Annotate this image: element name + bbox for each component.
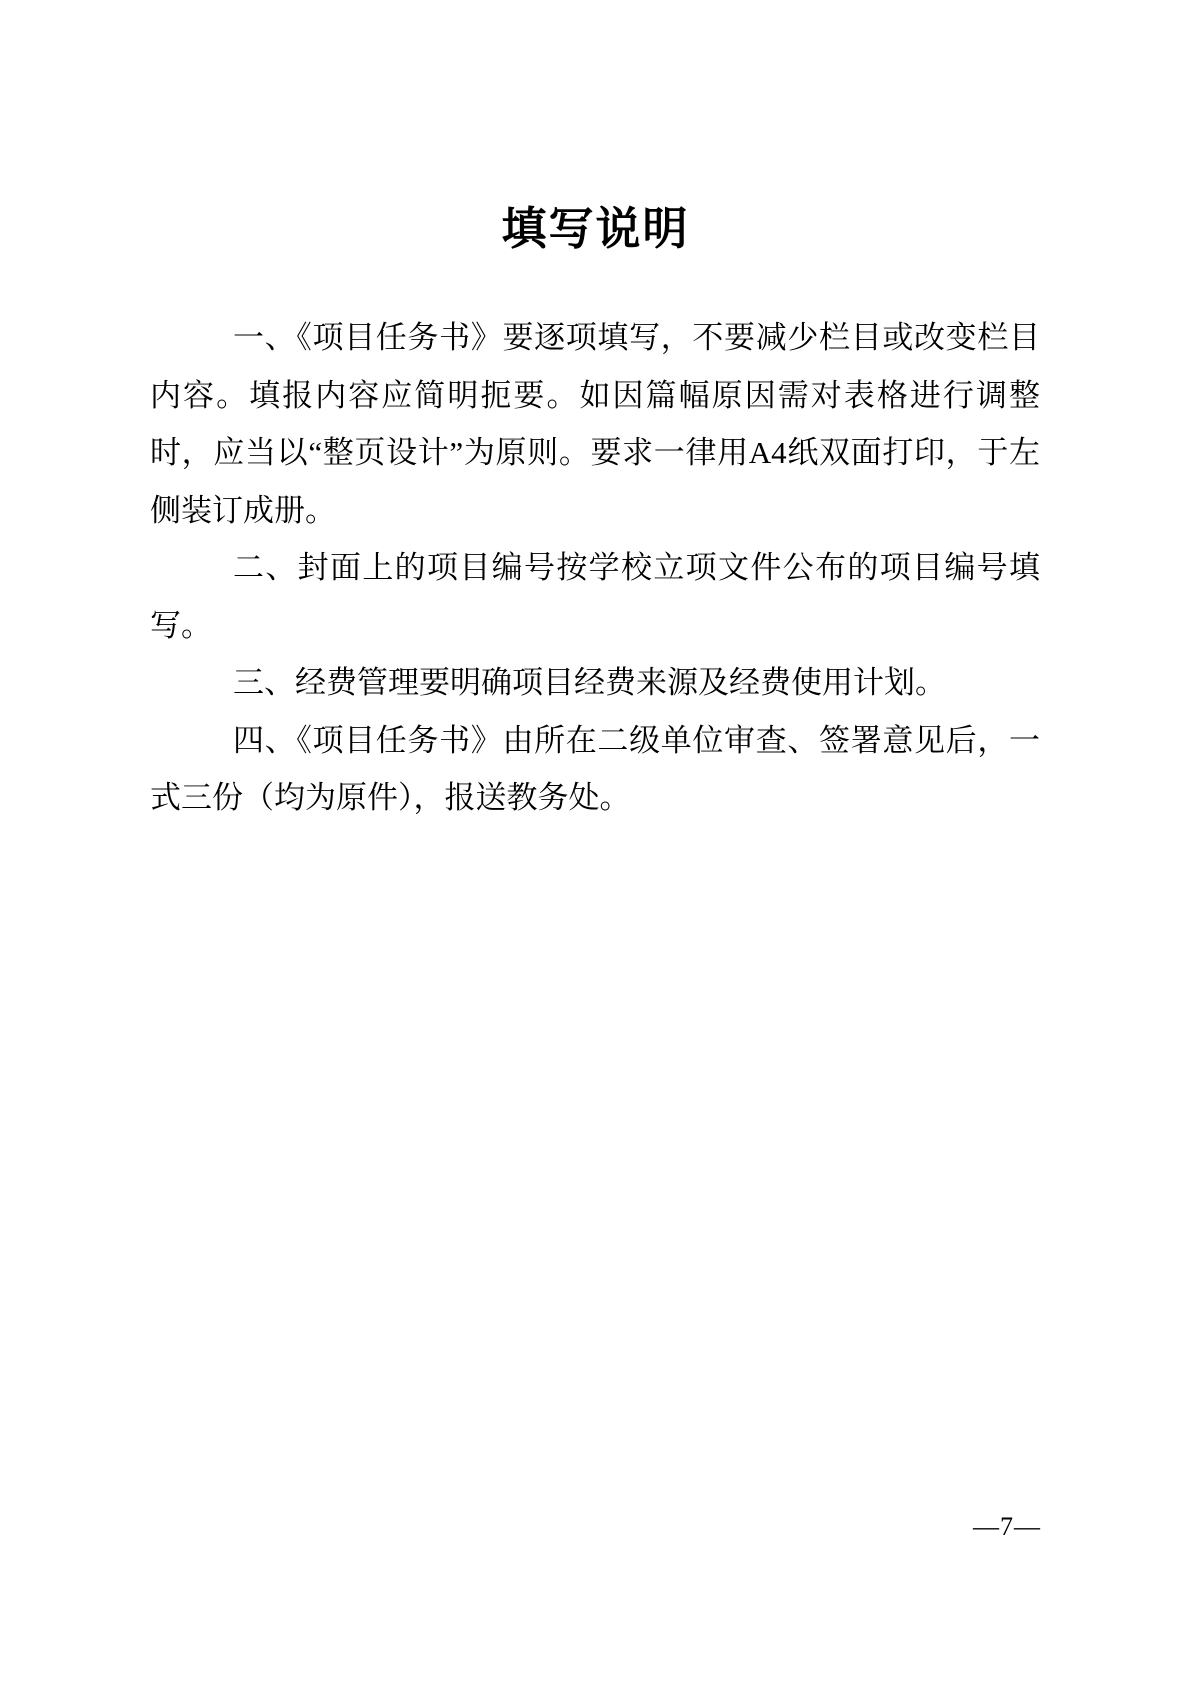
document-page: 填写说明 一、《项目任务书》要逐项填写，不要减少栏目或改变栏目内容。填报内容应简… xyxy=(0,0,1191,1684)
instructions-body: 一、《项目任务书》要逐项填写，不要减少栏目或改变栏目内容。填报内容应简明扼要。如… xyxy=(150,309,1040,827)
instruction-paragraph-4: 四、《项目任务书》由所在二级单位审查、签署意见后，一式三份（均为原件），报送教务… xyxy=(150,712,1040,827)
page-title: 填写说明 xyxy=(0,192,1191,257)
page-number: —7— xyxy=(973,1512,1041,1542)
instruction-paragraph-1: 一、《项目任务书》要逐项填写，不要减少栏目或改变栏目内容。填报内容应简明扼要。如… xyxy=(150,309,1040,539)
instruction-paragraph-2: 二、封面上的项目编号按学校立项文件公布的项目编号填写。 xyxy=(150,539,1040,654)
instruction-paragraph-3: 三、经费管理要明确项目经费来源及经费使用计划。 xyxy=(150,654,1040,712)
